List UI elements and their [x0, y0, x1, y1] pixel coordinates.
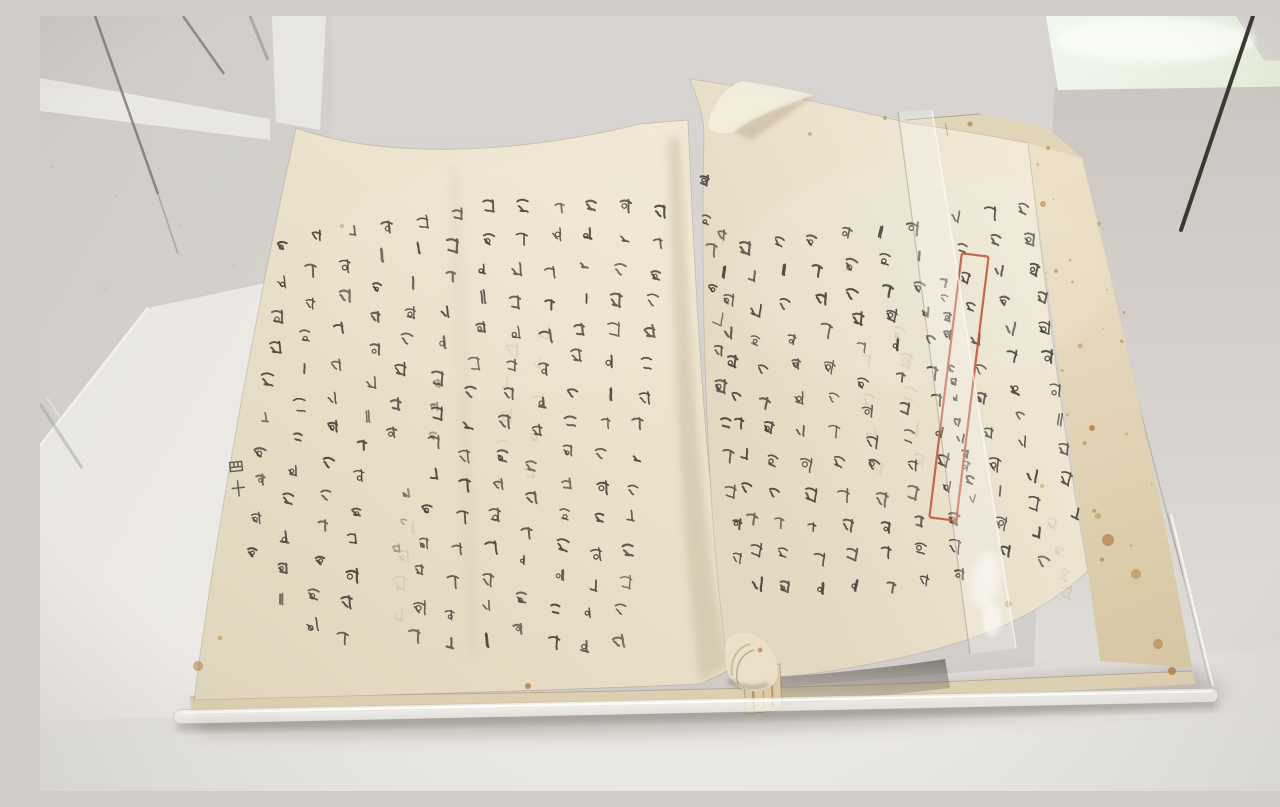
museum-display-photo: 四十 김이낙군 사령의 긔간선부 부친이라: [40, 16, 1280, 791]
scene-svg: [40, 16, 1280, 791]
vignette: [40, 16, 1280, 791]
